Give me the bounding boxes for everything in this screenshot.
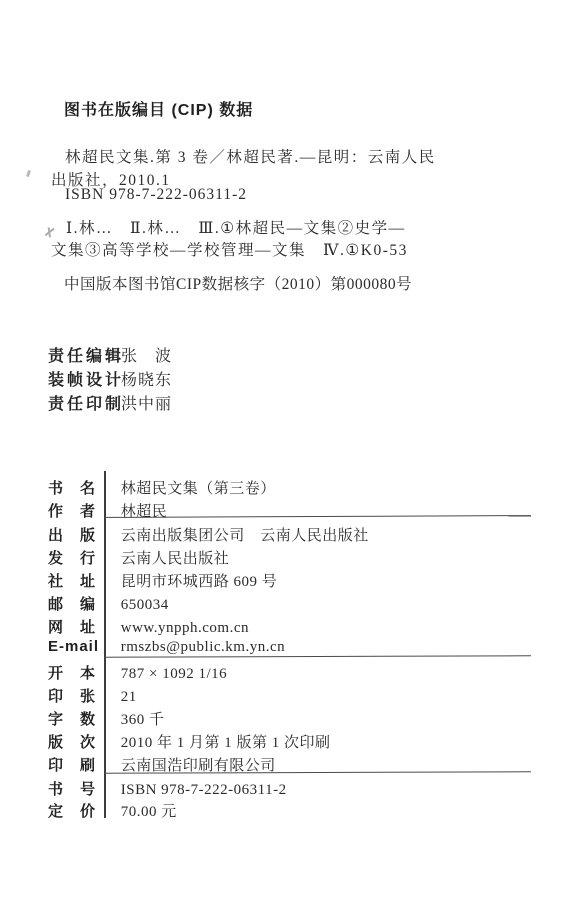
colophon-label: 定 价	[48, 800, 104, 821]
colophon-value: rmszbs@public.km.yn.cn	[121, 639, 285, 656]
colophon-value: 787 × 1092 1/16	[121, 666, 227, 683]
colophon-row-distributor: 发 行 云南人民出版社	[48, 547, 229, 570]
colophon-row-website: 网 址 www.ynpph.com.cn	[48, 616, 249, 639]
colophon-row-printer: 印 刷 云南国浩印刷有限公司	[48, 754, 276, 777]
colophon-label: 书 号	[48, 778, 104, 799]
colophon-row-sheets: 印 张 21	[48, 685, 137, 708]
colophon-row-format: 开 本 787 × 1092 1/16	[48, 662, 227, 685]
credit-name: 张 波	[121, 343, 172, 366]
colophon-value: 林超民文集（第三卷）	[121, 477, 276, 498]
colophon-row-isbn: 书 号 ISBN 978-7-222-06311-2	[48, 778, 287, 801]
credit-row: 责任编辑 张 波	[48, 343, 172, 365]
colophon-value: 360 千	[121, 708, 165, 729]
colophon-label: 开 本	[48, 662, 104, 683]
colophon-value: 650034	[121, 597, 169, 614]
cip-description-line1: 林超民文集.第 3 卷／林超民著.—昆明：云南人民	[65, 145, 436, 167]
scan-artifact	[26, 170, 31, 178]
scan-artifact	[45, 228, 55, 236]
colophon-label: 书 名	[48, 477, 104, 498]
colophon-label: 字 数	[48, 708, 104, 729]
colophon-label: 邮 编	[48, 593, 104, 614]
colophon-value: 林超民	[121, 500, 168, 521]
cip-isbn: ISBN 978-7-222-06311-2	[65, 186, 247, 204]
credit-row: 装帧设计 杨晓东	[48, 367, 172, 389]
colophon-row-address: 社 址 昆明市环城西路 609 号	[48, 570, 277, 593]
colophon-value: 2010 年 1 月第 1 版第 1 次印刷	[121, 731, 331, 752]
colophon-value: 云南国浩印刷有限公司	[121, 754, 276, 775]
colophon-label: 出 版	[48, 524, 104, 545]
cip-classification-line2: 文集③高等学校—学校管理—文集 Ⅳ.①K0-53	[51, 238, 408, 260]
colophon-value: 昆明市环城西路 609 号	[121, 570, 278, 591]
cip-classification-line1: Ⅰ.林… Ⅱ.林… Ⅲ.①林超民—文集②史学—	[66, 216, 406, 238]
colophon-value: 21	[121, 689, 137, 706]
colophon-label: E-mail	[48, 638, 104, 655]
table-horizontal-rule	[104, 515, 531, 518]
colophon-row-wordcount: 字 数 360 千	[48, 708, 165, 731]
book-copyright-page: 图书在版编目 (CIP) 数据 林超民文集.第 3 卷／林超民著.—昆明：云南人…	[0, 0, 584, 911]
colophon-label: 社 址	[48, 570, 104, 591]
credit-row: 责任印制 洪中丽	[48, 391, 172, 413]
credit-name: 杨晓东	[121, 367, 172, 390]
colophon-label: 印 刷	[48, 754, 104, 775]
colophon-label: 发 行	[48, 547, 104, 568]
colophon-label: 作 者	[48, 500, 104, 521]
colophon-value: 云南人民出版社	[121, 547, 230, 568]
colophon-row-postcode: 邮 编 650034	[48, 593, 169, 616]
cip-registry-number: 中国版本图书馆CIP数据核字（2010）第000080号	[64, 272, 412, 294]
colophon-value: 云南出版集团公司 云南人民出版社	[121, 524, 369, 545]
colophon-row-publisher: 出 版 云南出版集团公司 云南人民出版社	[48, 524, 369, 547]
colophon-row-author: 作 者 林超民	[48, 500, 167, 523]
colophon-label: 版 次	[48, 731, 104, 752]
colophon-label: 印 张	[48, 685, 104, 706]
colophon-value: 70.00 元	[121, 800, 177, 821]
colophon-row-title: 书 名 林超民文集（第三卷）	[48, 477, 276, 500]
cip-header: 图书在版编目 (CIP) 数据	[64, 97, 253, 120]
colophon-row-edition: 版 次 2010 年 1 月第 1 版第 1 次印刷	[48, 731, 331, 754]
colophon-row-email: E-mail rmszbs@public.km.yn.cn	[48, 638, 285, 661]
colophon-value: www.ynpph.com.cn	[121, 620, 249, 637]
colophon-row-price: 定 价 70.00 元	[48, 800, 177, 823]
credit-name: 洪中丽	[121, 391, 172, 414]
colophon-value: ISBN 978-7-222-06311-2	[121, 782, 287, 799]
colophon-label: 网 址	[48, 616, 104, 637]
